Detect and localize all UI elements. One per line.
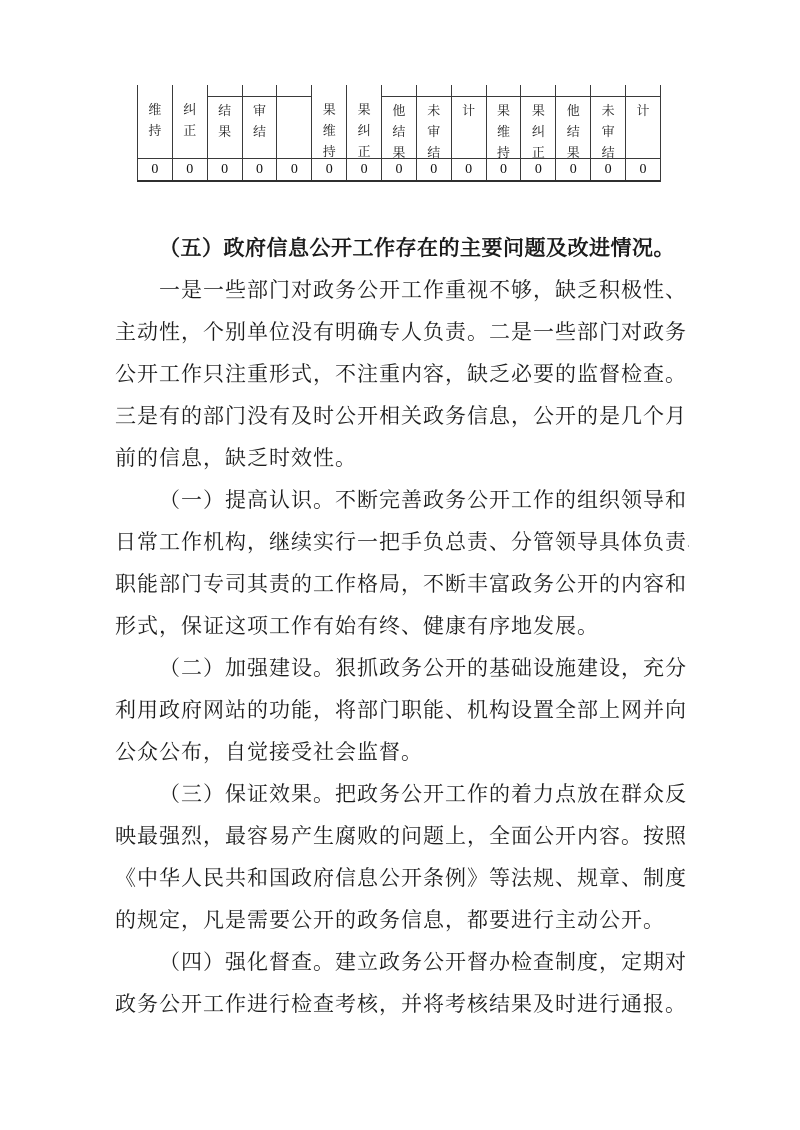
table-header-label: 维持 xyxy=(147,96,162,141)
table-header-label: 未审结 xyxy=(426,97,441,158)
table-value-cell: 0 xyxy=(172,159,207,180)
table-header-cell: 审结 xyxy=(242,96,277,158)
text-line: 公众公布，自觉接受社会监督。 xyxy=(115,731,689,773)
text-line: 主动性，个别单位没有明确专人负责。二是一些部门对政务 xyxy=(115,311,689,353)
document-body: （五）政府信息公开工作存在的主要问题及改进情况。 一是一些部门对政务公开工作重视… xyxy=(115,227,689,1025)
text-line: 日常工作机构，继续实行一把手负总责、分管领导具体负责、 xyxy=(115,521,689,563)
table-value-cell: 0 xyxy=(242,159,277,180)
table-header-cell: 计 xyxy=(625,96,660,158)
table-header-cell: 果纠正 xyxy=(520,96,555,158)
table-header-cell: 计 xyxy=(451,96,486,158)
table-value-row: 0 0 0 0 0 0 0 0 0 0 0 0 0 0 0 xyxy=(137,159,660,182)
table-top-cut-row xyxy=(137,85,660,96)
table-header-label: 他结果 xyxy=(391,97,406,158)
table-grid-line xyxy=(242,85,277,96)
table-header-cell: 他结果 xyxy=(381,96,416,158)
table-grid-line xyxy=(381,85,416,96)
table-header-label: 未审结 xyxy=(601,97,616,158)
table-value-cell: 0 xyxy=(625,159,660,180)
table-header-label: 计 xyxy=(635,97,650,121)
text-line: 政务公开工作进行检查考核，并将考核结果及时进行通报。 xyxy=(115,983,689,1025)
table-value-cell: 0 xyxy=(451,159,486,180)
table-value-cell: 0 xyxy=(486,159,521,180)
table-grid-line xyxy=(486,85,521,96)
table-header-label: 审结 xyxy=(252,97,267,142)
table-header-cell: 结果 xyxy=(207,96,242,158)
table-grid-line xyxy=(520,85,555,96)
table-header-cell: 果纠正 xyxy=(346,96,381,158)
table-grid-line xyxy=(346,85,381,96)
text-line: 利用政府网站的功能，将部门职能、机构设置全部上网并向 xyxy=(115,689,689,731)
table-grid-line xyxy=(207,85,242,96)
table-value-cell: 0 xyxy=(346,159,381,180)
table-grid-line xyxy=(276,85,311,96)
table-value-cell: 0 xyxy=(137,159,172,180)
table-header-label: 果维持 xyxy=(496,97,511,158)
text-line: （三）保证效果。把政务公开工作的着力点放在群众反 xyxy=(115,773,689,815)
table-grid-line xyxy=(137,85,172,96)
table-value-cell: 0 xyxy=(590,159,625,180)
table-header-row: 维持 纠正 结果 审结 果维持 果纠正 他结果 未审结 计 果维持 果纠正 他结… xyxy=(137,96,660,159)
text-line: 三是有的部门没有及时公开相关政务信息，公开的是几个月 xyxy=(115,395,689,437)
text-line: 形式，保证这项工作有始有终、健康有序地发展。 xyxy=(115,605,689,647)
section-heading: （五）政府信息公开工作存在的主要问题及改进情况。 xyxy=(115,227,689,269)
table-header-label: 结果 xyxy=(217,97,232,142)
text-line: 一是一些部门对政务公开工作重视不够，缺乏积极性、 xyxy=(115,269,689,311)
table-header-label: 果纠正 xyxy=(531,97,546,158)
table-header-cell: 果维持 xyxy=(311,96,346,158)
table-grid-line xyxy=(555,85,590,96)
table-header-label: 他结果 xyxy=(566,97,581,158)
table-grid-line xyxy=(625,85,660,96)
text-line: 映最强烈，最容易产生腐败的问题上，全面公开内容。按照 xyxy=(115,815,689,857)
table-grid-line xyxy=(311,85,346,96)
table-header-cell: 未审结 xyxy=(416,96,451,158)
text-line: 公开工作只注重形式，不注重内容，缺乏必要的监督检查。 xyxy=(115,353,689,395)
text-line: 《中华人民共和国政府信息公开条例》等法规、规章、制度 xyxy=(115,857,689,899)
text-line: 前的信息，缺乏时效性。 xyxy=(115,437,689,479)
text-line: （四）强化督查。建立政务公开督办检查制度，定期对 xyxy=(115,941,689,983)
table-value-cell: 0 xyxy=(555,159,590,180)
text-line: （一）提高认识。不断完善政务公开工作的组织领导和 xyxy=(115,479,689,521)
table-value-cell: 0 xyxy=(207,159,242,180)
table-header-cell: 纠正 xyxy=(172,96,207,158)
table-value-cell: 0 xyxy=(311,159,346,180)
table-value-cell: 0 xyxy=(276,159,311,180)
table-grid-line xyxy=(451,85,486,96)
table-header-label: 果维持 xyxy=(322,96,337,158)
table-header-label: 果纠正 xyxy=(357,96,372,158)
statistics-table: 维持 纠正 结果 审结 果维持 果纠正 他结果 未审结 计 果维持 果纠正 他结… xyxy=(137,85,661,182)
table-header-label xyxy=(287,97,302,100)
table-header-cell: 维持 xyxy=(137,96,172,158)
text-line: 的规定，凡是需要公开的政务信息，都要进行主动公开。 xyxy=(115,899,689,941)
table-grid-line xyxy=(416,85,451,96)
document-page: 维持 纠正 结果 审结 果维持 果纠正 他结果 未审结 计 果维持 果纠正 他结… xyxy=(0,0,800,1130)
table-grid-line xyxy=(590,85,625,96)
text-line: 职能部门专司其责的工作格局，不断丰富政务公开的内容和 xyxy=(115,563,689,605)
table-header-cell: 他结果 xyxy=(555,96,590,158)
table-header-cell: 果维持 xyxy=(486,96,521,158)
table-value-cell: 0 xyxy=(416,159,451,180)
table-header-cell xyxy=(276,96,311,158)
table-value-cell: 0 xyxy=(520,159,555,180)
table-header-label: 纠正 xyxy=(182,96,197,141)
table-header-label: 计 xyxy=(461,97,476,121)
table-header-cell: 未审结 xyxy=(590,96,625,158)
table-value-cell: 0 xyxy=(381,159,416,180)
text-line: （二）加强建设。狠抓政务公开的基础设施建设，充分 xyxy=(115,647,689,689)
table-grid-line xyxy=(172,85,207,96)
